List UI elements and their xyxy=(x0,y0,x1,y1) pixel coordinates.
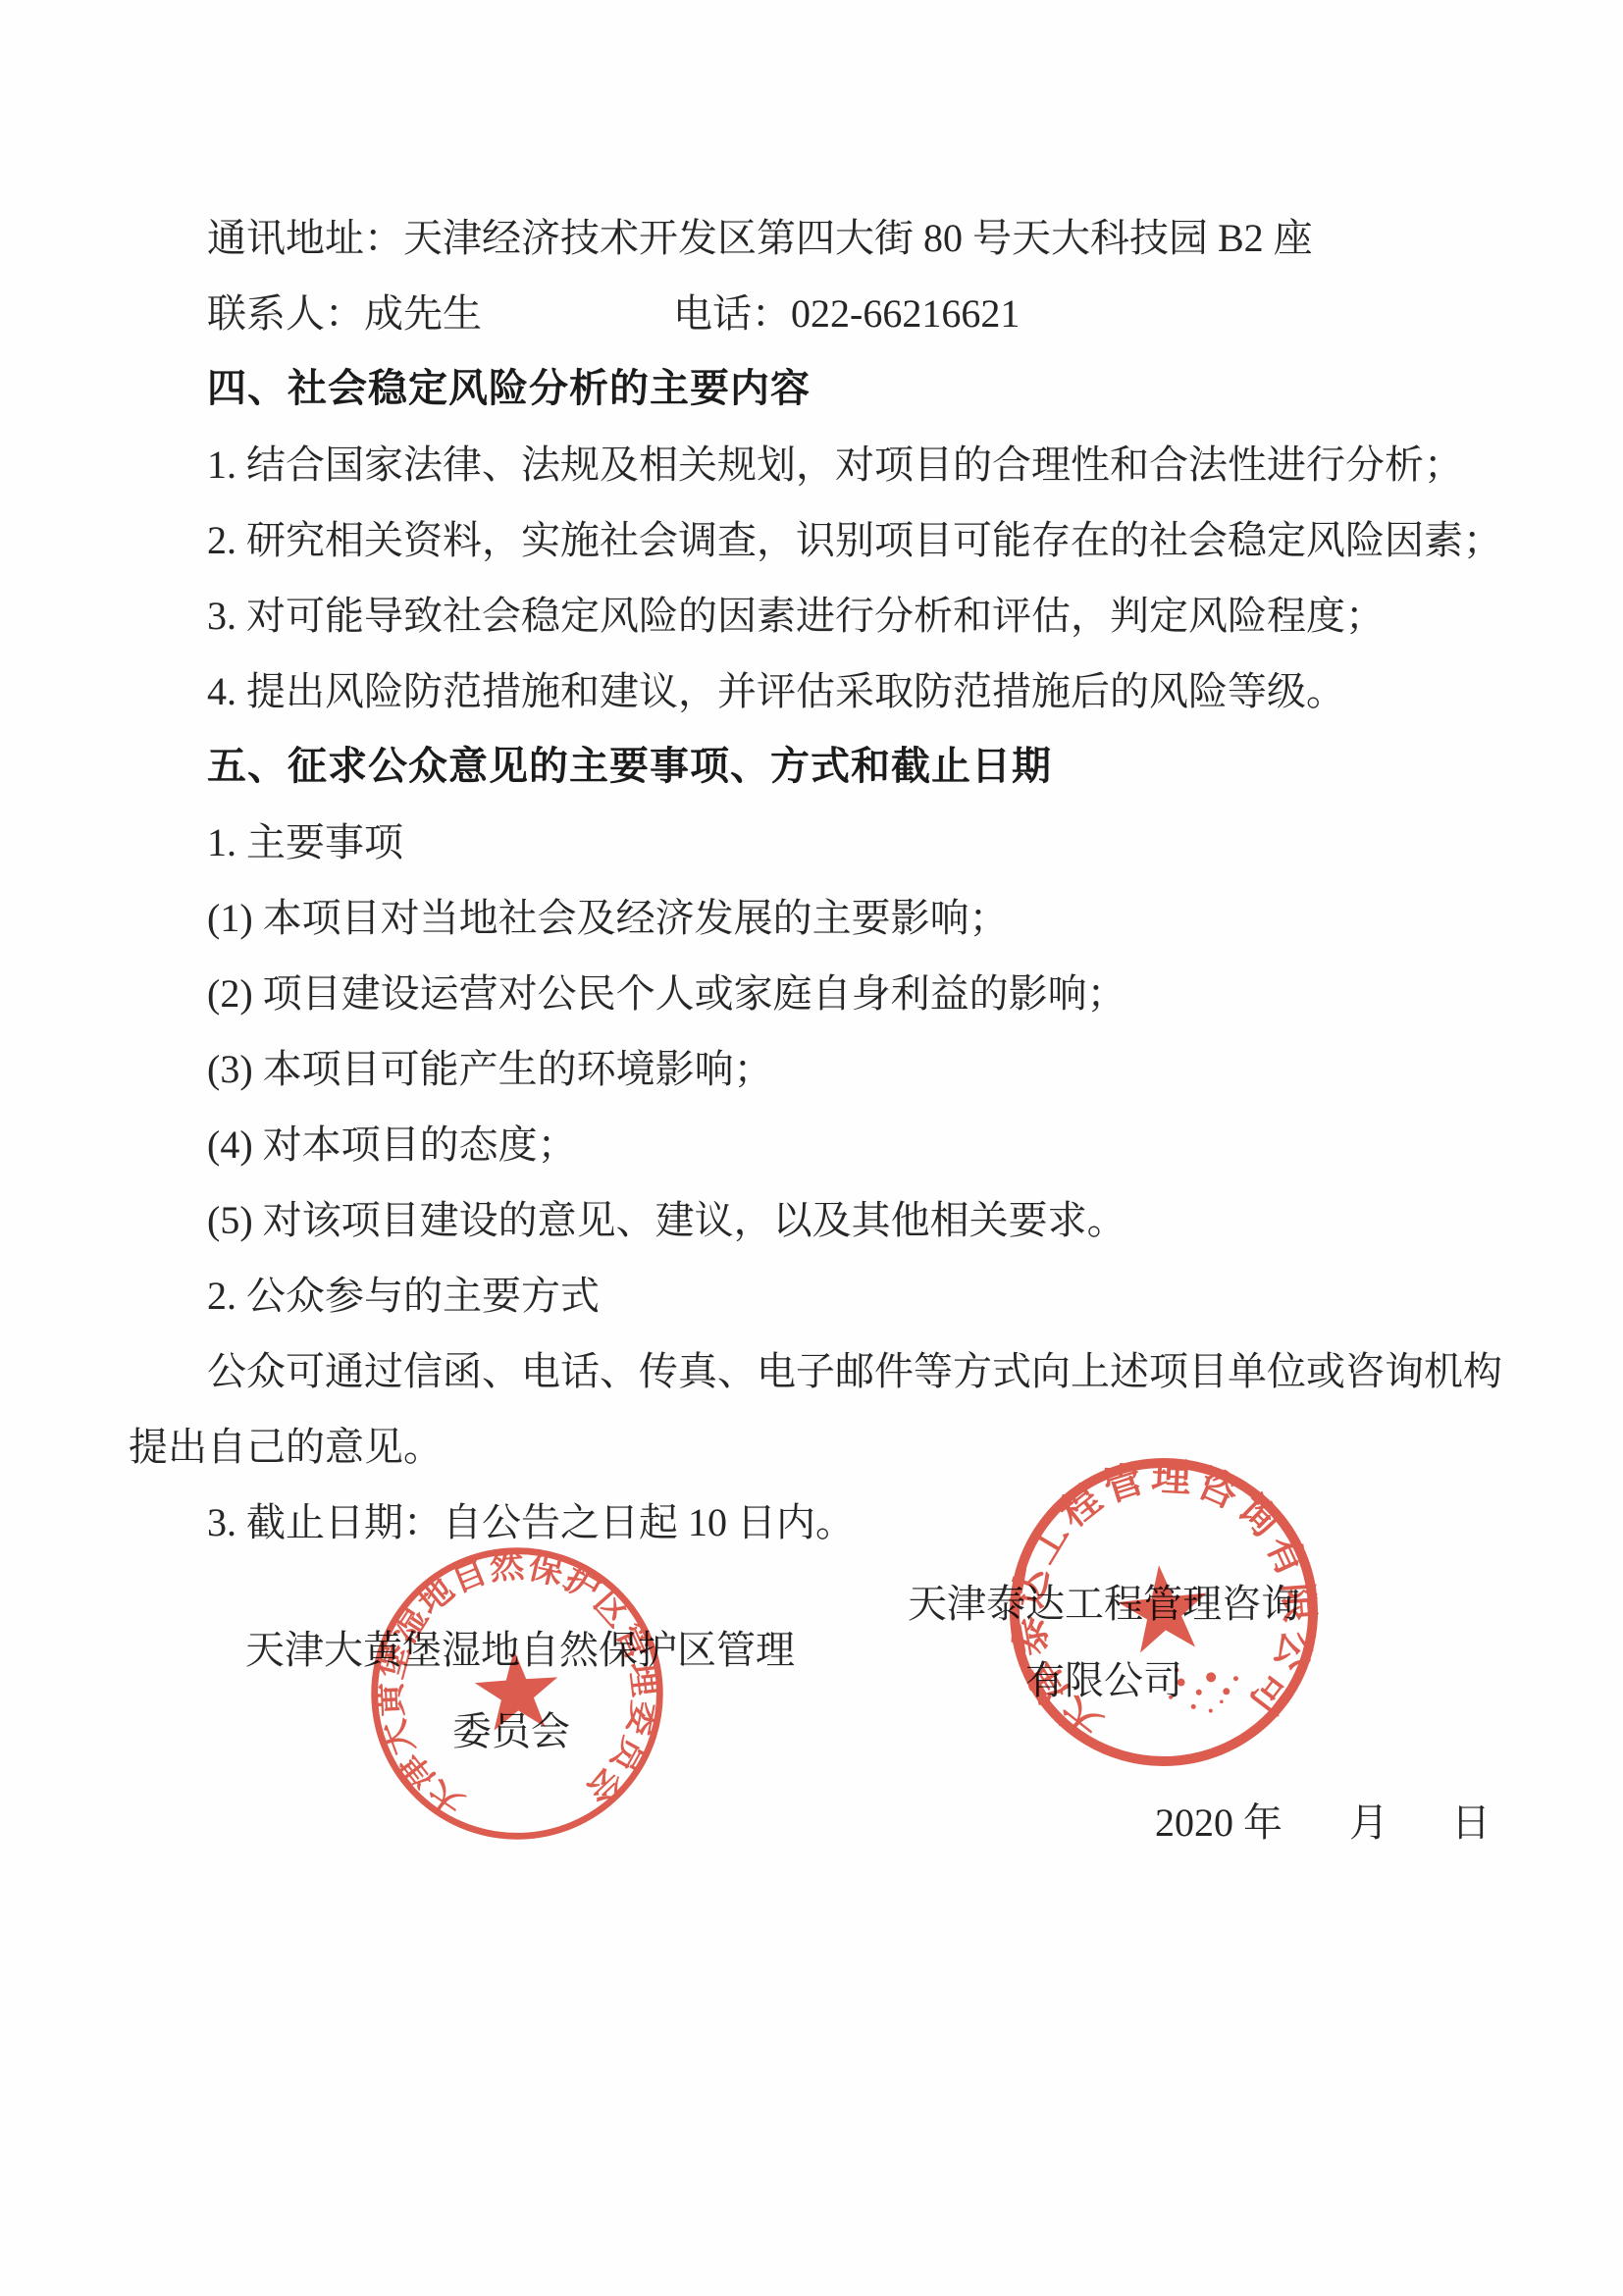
seal-left-star-icon xyxy=(473,1647,561,1732)
section4-item-4: 4. 提出风险防范措施和建议，并评估采取防范措施后的风险等级。 xyxy=(129,653,1522,729)
contact-phone: 电话：022-66216621 xyxy=(595,276,1020,351)
section5-paragraph-line1: 公众可通过信函、电话、传真、电子邮件等方式向上述项目单位或咨询机构 xyxy=(129,1333,1522,1409)
section5-item-1: (1) 本项目对当地社会及经济发展的主要影响； xyxy=(129,880,1522,956)
seal-right-star-icon xyxy=(1115,1560,1213,1654)
section5-item-3: (3) 本项目可能产生的环境影响； xyxy=(129,1031,1522,1107)
date-year: 2020 年 xyxy=(1155,1800,1283,1845)
document-body: 通讯地址：天津经济技术开发区第四大街 80 号天大科技园 B2 座 联系人：成先… xyxy=(129,200,1522,1560)
date-month: 月 xyxy=(1349,1792,1388,1848)
section5-sub2-title: 2. 公众参与的主要方式 xyxy=(129,1258,1522,1333)
left-official-seal-stamp: 天津大黄堡湿地自然保护区管理委员会 xyxy=(355,1532,680,1856)
section5-paragraph-line2: 提出自己的意见。 xyxy=(129,1409,1522,1485)
document-page: 通讯地址：天津经济技术开发区第四大街 80 号天大科技园 B2 座 联系人：成先… xyxy=(0,0,1623,2296)
section5-item-2: (2) 项目建设运营对公民个人或家庭自身利益的影响； xyxy=(129,956,1522,1031)
section4-item-3: 3. 对可能导致社会稳定风险的因素进行分析和评估，判定风险程度； xyxy=(129,578,1522,653)
seal-right-ink-speckles xyxy=(1166,1661,1241,1717)
address-line: 通讯地址：天津经济技术开发区第四大街 80 号天大科技园 B2 座 xyxy=(129,200,1522,276)
contact-person: 联系人：成先生 xyxy=(207,291,482,336)
section5-sub1-title: 1. 主要事项 xyxy=(129,805,1522,880)
section4-heading: 四、社会稳定风险分析的主要内容 xyxy=(129,351,1522,427)
section4-item-2: 2. 研究相关资料，实施社会调查，识别项目可能存在的社会稳定风险因素； xyxy=(129,502,1522,578)
right-official-seal-stamp: 天津泰达工程管理咨询有限公司 xyxy=(986,1435,1342,1791)
section4-item-1: 1. 结合国家法律、法规及相关规划，对项目的合理性和合法性进行分析； xyxy=(129,427,1522,502)
date-day: 日 xyxy=(1451,1792,1491,1848)
contact-line: 联系人：成先生电话：022-66216621 xyxy=(129,276,1522,351)
section5-item-4: (4) 对本项目的态度； xyxy=(129,1107,1522,1182)
date-line: 2020 年月日 xyxy=(1155,1792,1491,1848)
section5-item-5: (5) 对该项目建设的意见、建议，以及其他相关要求。 xyxy=(129,1182,1522,1258)
section5-heading: 五、征求公众意见的主要事项、方式和截止日期 xyxy=(129,729,1522,805)
